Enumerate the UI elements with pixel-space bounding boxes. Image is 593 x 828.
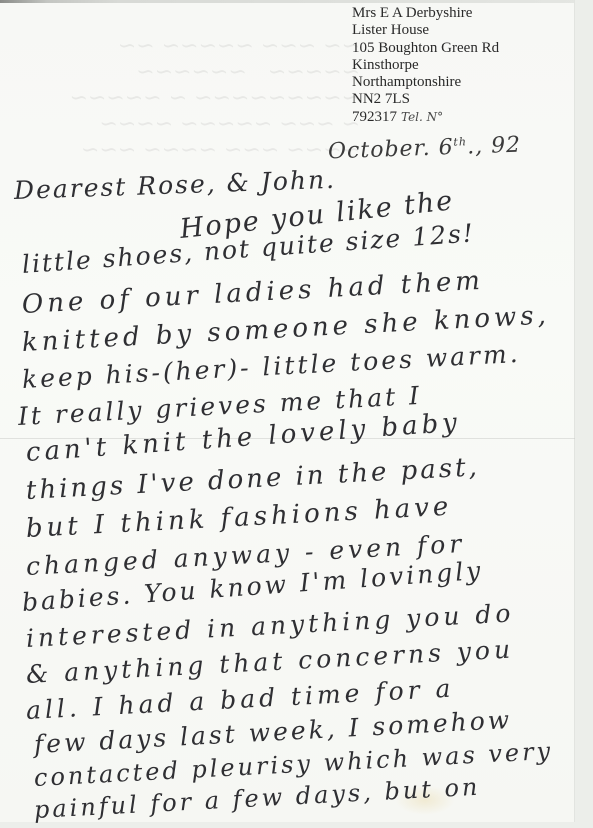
sender-postcode: NN2 7LS bbox=[352, 91, 499, 108]
sender-house: Lister House bbox=[352, 22, 499, 39]
phone-handwritten-note: Tel. N° bbox=[401, 110, 443, 124]
salutation: Dearest Rose, & John. bbox=[13, 165, 336, 205]
date-suffix: th bbox=[453, 135, 467, 148]
reverse-side-bleed-through: ~~ ~~~ ~~~~~ ~~ ~~~~~ ~~~~~~ ~~~~~~~~~ ~… bbox=[40, 8, 360, 168]
sender-name: Mrs E A Derbyshire bbox=[352, 5, 499, 22]
sender-town: Kinsthorpe bbox=[352, 57, 499, 74]
date-text: October. 6 bbox=[328, 135, 454, 164]
sender-phone: 792317 bbox=[352, 109, 397, 125]
date-year: ., 92 bbox=[467, 133, 522, 160]
sender-street: 105 Boughton Green Rd bbox=[352, 40, 499, 57]
sender-phone-line: 792317Tel. N° bbox=[352, 109, 499, 126]
letter-date: October. 6th., 92 bbox=[328, 133, 522, 165]
paper-right-edge bbox=[574, 0, 593, 828]
paper-top-edge bbox=[0, 0, 593, 3]
printed-letterhead: Mrs E A Derbyshire Lister House 105 Boug… bbox=[352, 5, 499, 126]
paper-bottom-edge bbox=[0, 822, 593, 828]
sender-county: Northamptonshire bbox=[352, 74, 499, 91]
letter-page: ~~ ~~~ ~~~~~ ~~ ~~~~~ ~~~~~~ ~~~~~~~~~ ~… bbox=[0, 0, 593, 828]
